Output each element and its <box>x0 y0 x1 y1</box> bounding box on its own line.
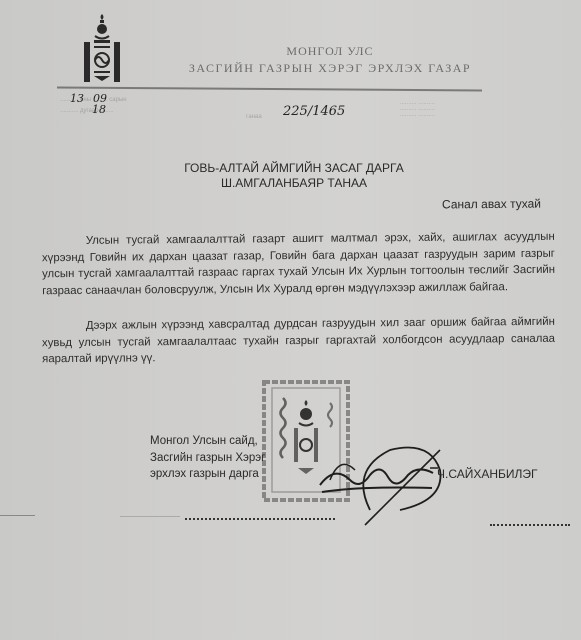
reference-label: Танаа <box>245 114 262 120</box>
letter-subject: Санал авах тухай <box>442 197 541 212</box>
body-paragraph-2: Дээрх ажлын хүрээнд хавсралтад дурдсан г… <box>42 314 555 368</box>
letterhead-divider <box>57 87 482 92</box>
footer-dotted-line <box>490 524 570 528</box>
body-paragraph-1: Улсын тусгай хамгаалалттай газарт ашигт … <box>42 229 556 300</box>
signatory-name: Ч.САЙХАНБИЛЭГ <box>437 467 538 481</box>
date-year: 18 <box>92 103 106 116</box>
document-page: МОНГОЛ УЛС ЗАСГИЙН ГАЗРЫН ХЭРЭГ ЭРХЛЭХ Г… <box>0 0 581 640</box>
footer-rule <box>0 515 35 518</box>
footer-rule <box>120 516 180 519</box>
letterhead-line-1: МОНГОЛ УЛС <box>150 44 510 59</box>
handwritten-signature-icon <box>310 430 500 540</box>
footer-dotted-line <box>185 518 335 522</box>
signatory-title-line-3: эрхлэх газрын дарга <box>150 466 265 483</box>
signatory-title-line-1: Монгол Улсын сайд, <box>150 433 265 450</box>
letterhead-line-2: ЗАСГИЙН ГАЗРЫН ХЭРЭГ ЭРХЛЭХ ГАЗАР <box>150 61 510 76</box>
soyombo-emblem-icon <box>82 12 122 86</box>
date-day: 13 <box>70 92 84 105</box>
addressee-line-2: Ш.АМГАЛАНБАЯР ТАНАА <box>160 176 428 190</box>
reference-number: 225/1465 <box>283 104 345 119</box>
addressee-line-1: ГОВЬ-АЛТАЙ АЙМГИЙН ЗАСАГ ДАРГА <box>160 161 428 175</box>
signatory-title-line-2: Засгийн газрын Хэрэг <box>150 450 265 467</box>
signatory-title: Монгол Улсын сайд, Засгийн газрын Хэрэг … <box>150 433 265 483</box>
reply-field-label: .......... .................... ........… <box>400 100 470 118</box>
